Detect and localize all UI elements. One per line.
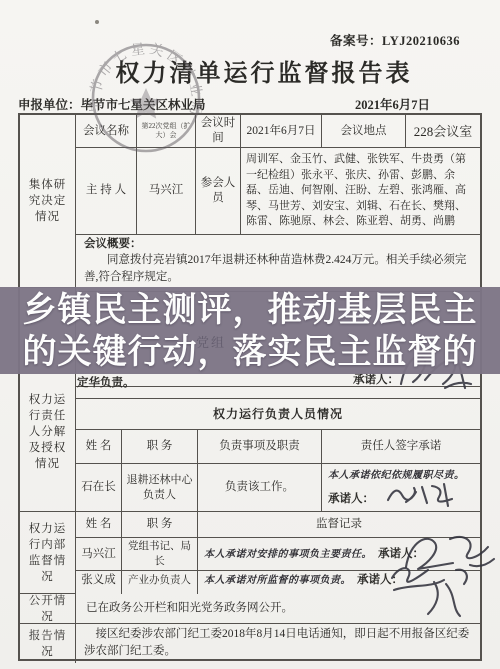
- caption-line-1: 乡镇民主测评，推动基层民主: [23, 289, 478, 331]
- section-label: 报告情况: [20, 624, 76, 663]
- host-value: 马兴江: [137, 148, 196, 235]
- page-title: 权力清单运行监督报告表: [0, 53, 500, 88]
- supervisor-title: 产业办负责人: [122, 566, 198, 594]
- host-label: 主 持 人: [76, 148, 137, 235]
- responsible-sign-cell: 本人承诺依纪依规履职尽责。 承诺人：: [322, 464, 480, 512]
- responsible-name: 石在长: [76, 464, 122, 512]
- official-stamp: 毕节市七星关区林业局: [88, 40, 204, 158]
- spacer-cell: [76, 387, 480, 399]
- filing-number: 备案号：LYJ20210636: [330, 31, 460, 49]
- col-title: 职 务: [122, 512, 198, 538]
- section-label: 公开情况: [20, 594, 76, 624]
- caption-line-2: 的关键行动，落实民主监督的: [23, 331, 478, 373]
- hidden-row-tail-text: 定华负责。: [77, 374, 135, 390]
- summary-label: 会议概要：: [84, 237, 142, 252]
- report-date: 2021年6月7日: [355, 95, 430, 113]
- supervision-row: 马兴江 党组书记、局长 本人承诺对安排的事项负主要责任。 承诺人：: [76, 538, 480, 566]
- ghost-underlying-text: 党组: [196, 322, 226, 364]
- scanned-report-page: 备案号：LYJ20210636 毕节市七星关区林业局 权力清单运行监督报告表 申…: [0, 0, 500, 669]
- supervision-row: 张义成 产业办负责人 本人承诺对所监督的事项负责。 承诺人：: [76, 566, 480, 594]
- responsible-title: 退耕还林中心负责人: [122, 464, 198, 512]
- supervisor-name: 张义成: [76, 566, 122, 594]
- col-duty: 负责事项及职责: [198, 430, 322, 464]
- record-pledge: 本人承诺对所监督的事项负责。: [204, 573, 351, 588]
- meeting-place-label: 会议地点: [322, 115, 406, 148]
- caption-banner: 乡镇民主测评，推动基层民主 的关键行动，落实民主监督的 党组: [0, 287, 500, 374]
- responsible-duty: 负责该工作。: [198, 464, 322, 512]
- supervision-record-cell: 本人承诺对所监督的事项负责。 承诺人：: [198, 566, 480, 594]
- record-promiser-label: 承诺人：: [357, 573, 403, 588]
- signature-shizaichang: [384, 480, 462, 510]
- meeting-summary-cell: 会议概要： 同意拨付亮岩镇2017年退耕还林种苗造林费2.424万元。相关手续必…: [76, 232, 480, 292]
- section-publicity: 公开情况 已在政务公开栏和阳光党务政务网公开。: [20, 594, 480, 624]
- section-internal-supervision: 权力运行内部监督情况 姓 名 职 务 监督记录 马兴江 党组书记、局长 本人承诺…: [20, 512, 480, 594]
- meeting-place-value: 228会议室: [406, 115, 480, 148]
- summary-text: 同意拨付亮岩镇2017年退耕还林种苗造林费2.424万元。相关手续必须完善,符合…: [84, 252, 472, 286]
- attendees-label: 参会人员: [196, 148, 241, 235]
- publicity-text: 已在政务公开栏和阳光党务政务网公开。: [76, 594, 480, 624]
- section-label: 权力运行内部监督情况: [20, 512, 76, 594]
- declaring-unit-label: 申报单位：: [18, 98, 81, 112]
- attendees-list: 周训军、金玉竹、武健、张铁军、牛贵勇（第一纪检组）张永平、张庆、孙雷、彭鹏、余磊…: [241, 148, 480, 235]
- responsible-subheader: 权力运行负责人员情况: [76, 399, 480, 430]
- host-attendees-row: 主 持 人 马兴江 参会人员 周训军、金玉竹、武健、张铁军、牛贵勇（第一纪检组）…: [76, 148, 480, 232]
- meeting-time-value: 2021年6月7日: [241, 115, 322, 148]
- record-promiser-label: 承诺人：: [378, 547, 424, 562]
- sign-promiser-label: 承诺人：: [328, 492, 374, 507]
- col-title: 职 务: [122, 430, 198, 464]
- scan-speck: [95, 20, 99, 24]
- sign-pledge: 本人承诺依纪依规履职尽责。: [328, 468, 465, 483]
- record-pledge: 本人承诺对安排的事项负主要责任。: [204, 547, 372, 562]
- responsible-subheader-row: 权力运行负责人员情况: [76, 399, 480, 430]
- stamp-star-icon: [130, 88, 163, 119]
- col-record: 监督记录: [198, 512, 480, 538]
- section-label: 集体研究决定情况: [20, 115, 76, 288]
- responsible-header-row: 姓 名 职 务 负责事项及职责 责任人签字承诺: [76, 430, 480, 464]
- col-sign: 责任人签字承诺: [322, 430, 480, 464]
- spacer-row: [76, 387, 480, 399]
- responsible-data-row: 石在长 退耕还林中心负责人 负责该工作。 本人承诺依纪依规履职尽责。 承诺人：: [76, 464, 480, 512]
- summary-row: 会议概要： 同意拨付亮岩镇2017年退耕还林种苗造林费2.424万元。相关手续必…: [76, 232, 480, 288]
- col-name: 姓 名: [76, 430, 122, 464]
- report-text: 接区纪委涉农部门纪工委2018年8月14日电话通知，即日起不用报备区纪委涉农部门…: [76, 624, 480, 663]
- section-report: 报告情况 接区纪委涉农部门纪工委2018年8月14日电话通知，即日起不用报备区纪…: [20, 624, 480, 663]
- col-name: 姓 名: [76, 512, 122, 538]
- supervision-header-row: 姓 名 职 务 监督记录: [76, 512, 480, 538]
